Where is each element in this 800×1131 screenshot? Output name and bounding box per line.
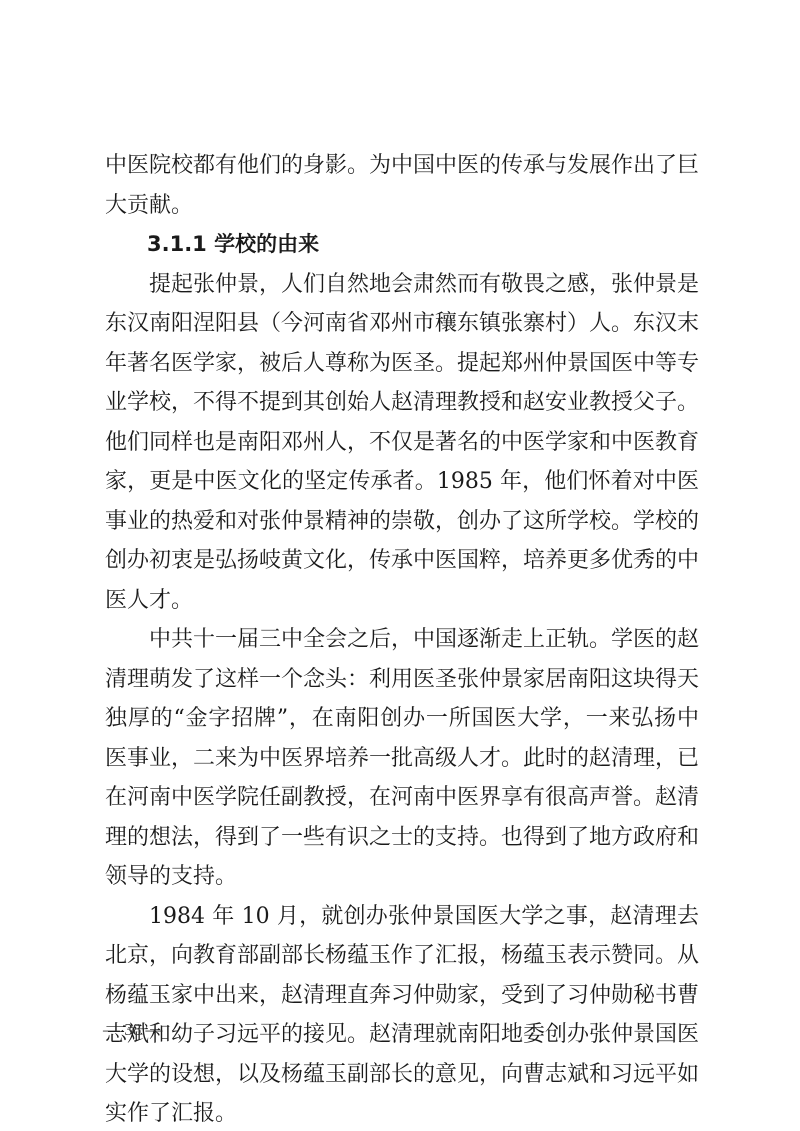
paragraph: 中共十一届三中全会之后，中国逐渐走上正轨。学医的赵清理萌发了这样一个念头：利用医…: [105, 620, 699, 897]
page-number: — 38 —: [103, 1020, 163, 1040]
paragraph-continuation: 中医院校都有他们的身影。为中国中医的传承与发展作出了巨大贡献。: [105, 146, 699, 225]
document-page: 中医院校都有他们的身影。为中国中医的传承与发展作出了巨大贡献。 3.1.1 学校…: [105, 146, 699, 1131]
section-heading: 3.1.1 学校的由来: [105, 225, 699, 265]
paragraph: 提起张仲景，人们自然地会肃然而有敬畏之感，张仲景是东汉南阳涅阳县（今河南省邓州市…: [105, 265, 699, 621]
paragraph: 1984 年 10 月，就创办张仲景国医大学之事，赵清理去北京，向教育部副部长杨…: [105, 897, 699, 1131]
